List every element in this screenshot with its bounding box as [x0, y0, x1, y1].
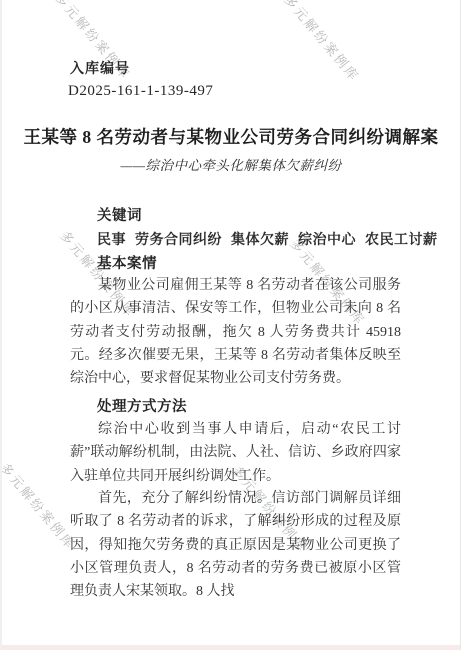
doc-number-value: D2025-161-1-139-497	[68, 83, 213, 100]
keywords-line: 民事 劳务合同纠纷 集体欠薪 综治中心 农民工讨薪	[97, 229, 438, 249]
section-heading-handling-method: 处理方式方法	[97, 395, 187, 416]
page-bottom-edge	[2, 645, 460, 650]
case-subtitle: ——综治中心牵头化解集体欠薪纠纷	[2, 154, 460, 174]
doc-number-label: 入库编号	[70, 58, 130, 78]
watermark-text: 多元解纷案例库	[280, 0, 364, 85]
section-heading-basic-facts: 基本案情	[97, 252, 157, 273]
basic-facts-paragraph: 某物业公司雇佣王某等 8 名劳动者在该公司服务的小区从事清洁、保安等工作，但物业…	[70, 274, 401, 390]
handling-paragraph-1: 综治中心收到当事人申请后，启动“农民工讨薪”联动解纷机制，由法院、人社、信访、乡…	[70, 418, 401, 488]
document-page: 多元解纷案例库 多元解纷案例库 多元解纷案例库 多元解纷案例库 多元解纷案例库 …	[0, 0, 461, 650]
section-heading-keywords: 关键词	[97, 204, 142, 225]
watermark-text: 多元解纷案例库	[0, 458, 81, 553]
case-title: 王某等 8 名劳动者与某物业公司劳务合同纠纷调解案	[2, 124, 460, 149]
handling-paragraph-2: 首先，充分了解纠纷情况。信访部门调解员详细听取了 8 名劳动者的诉求，了解纠纷形…	[70, 487, 401, 603]
